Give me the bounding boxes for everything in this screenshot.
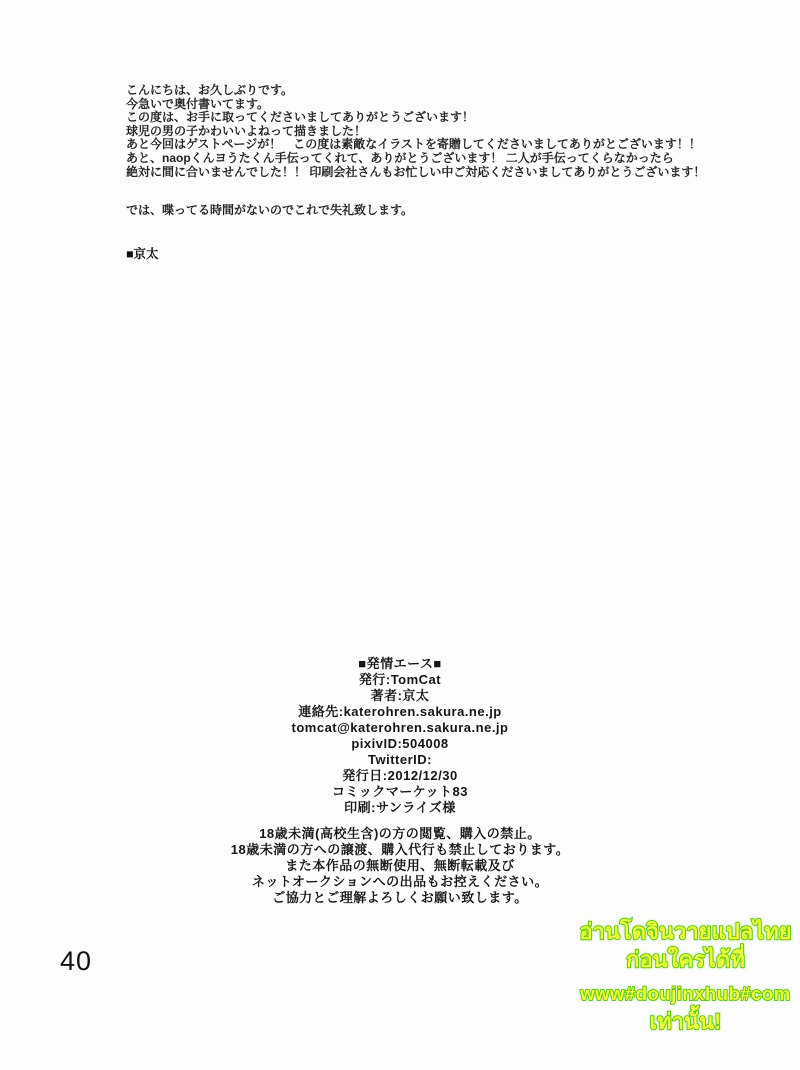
author-signature: ■京太 [126, 244, 159, 262]
scanned-page: こんにちは、お久しぶりです。 今急いで奥付書いてます。 この度は、お手に取ってく… [0, 0, 800, 1070]
colophon-block: ■発情エース■ 発行:TomCat 著者:京太 連絡先:katerohren.s… [0, 656, 800, 816]
colophon-line-author: 著者:京太 [0, 688, 800, 704]
watermark-line: เท่านั้น! [578, 1008, 793, 1036]
book-title: ■発情エース■ [0, 656, 800, 672]
thai-watermark: อ่านโดจินวายแปลไทย ก่อนใครได้ที่ www#dou… [578, 918, 793, 1036]
colophon-line-printer: 印刷:サンライズ様 [0, 800, 800, 816]
disclaimer-line: ご協力とご理解よろしくお願い致します。 [0, 890, 800, 906]
watermark-line: ก่อนใครได้ที่ [578, 946, 793, 974]
page-number: 40 [60, 946, 92, 977]
disclaimer-line: ネットオークションへの出品もお控えください。 [0, 874, 800, 890]
disclaimer-line: 18歳未満(高校生含)の方の閲覧、購入の禁止。 [0, 826, 800, 842]
colophon-line-publisher: 発行:TomCat [0, 672, 800, 688]
colophon-line-publish-date: 発行日:2012/12/30 [0, 768, 800, 784]
afterword-line: 絶対に間に合いませんでした！！ 印刷会社さんもお忙しい中ご対応くださいましてあり… [126, 166, 705, 180]
afterword-line: あと今回はゲストページが！ この度は素敵なイラストを寄贈してくださいましてありが… [126, 138, 705, 152]
afterword-line: この度は、お手に取ってくださいましてありがとうございます！ [126, 111, 705, 125]
afterword-text: こんにちは、お久しぶりです。 今急いで奥付書いてます。 この度は、お手に取ってく… [126, 84, 705, 179]
watermark-line: อ่านโดจินวายแปลไทย [578, 918, 793, 946]
colophon-line-email: tomcat@katerohren.sakura.ne.jp [0, 720, 800, 736]
colophon-line-contact: 連絡先:katerohren.sakura.ne.jp [0, 704, 800, 720]
disclaimer-line: また本作品の無断使用、無断転載及び [0, 858, 800, 874]
colophon-line-twitter-id: TwitterID: [0, 752, 800, 768]
afterword-line: あと、naopくんヨうたくん手伝ってくれて、ありがとうございます！ 二人が手伝っ… [126, 152, 705, 166]
colophon-line-event: コミックマーケット83 [0, 784, 800, 800]
watermark-url: www#doujinxhub#com [578, 980, 793, 1008]
age-disclaimer-block: 18歳未満(高校生含)の方の閲覧、購入の禁止。 18歳未満の方への譲渡、購入代行… [0, 826, 800, 906]
disclaimer-line: 18歳未満の方への譲渡、購入代行も禁止しております。 [0, 842, 800, 858]
afterword-line: こんにちは、お久しぶりです。 [126, 84, 705, 98]
colophon-line-pixiv-id: pixivID:504008 [0, 736, 800, 752]
afterword-closing-line: では、喋ってる時間がないのでこれで失礼致します。 [126, 201, 413, 218]
